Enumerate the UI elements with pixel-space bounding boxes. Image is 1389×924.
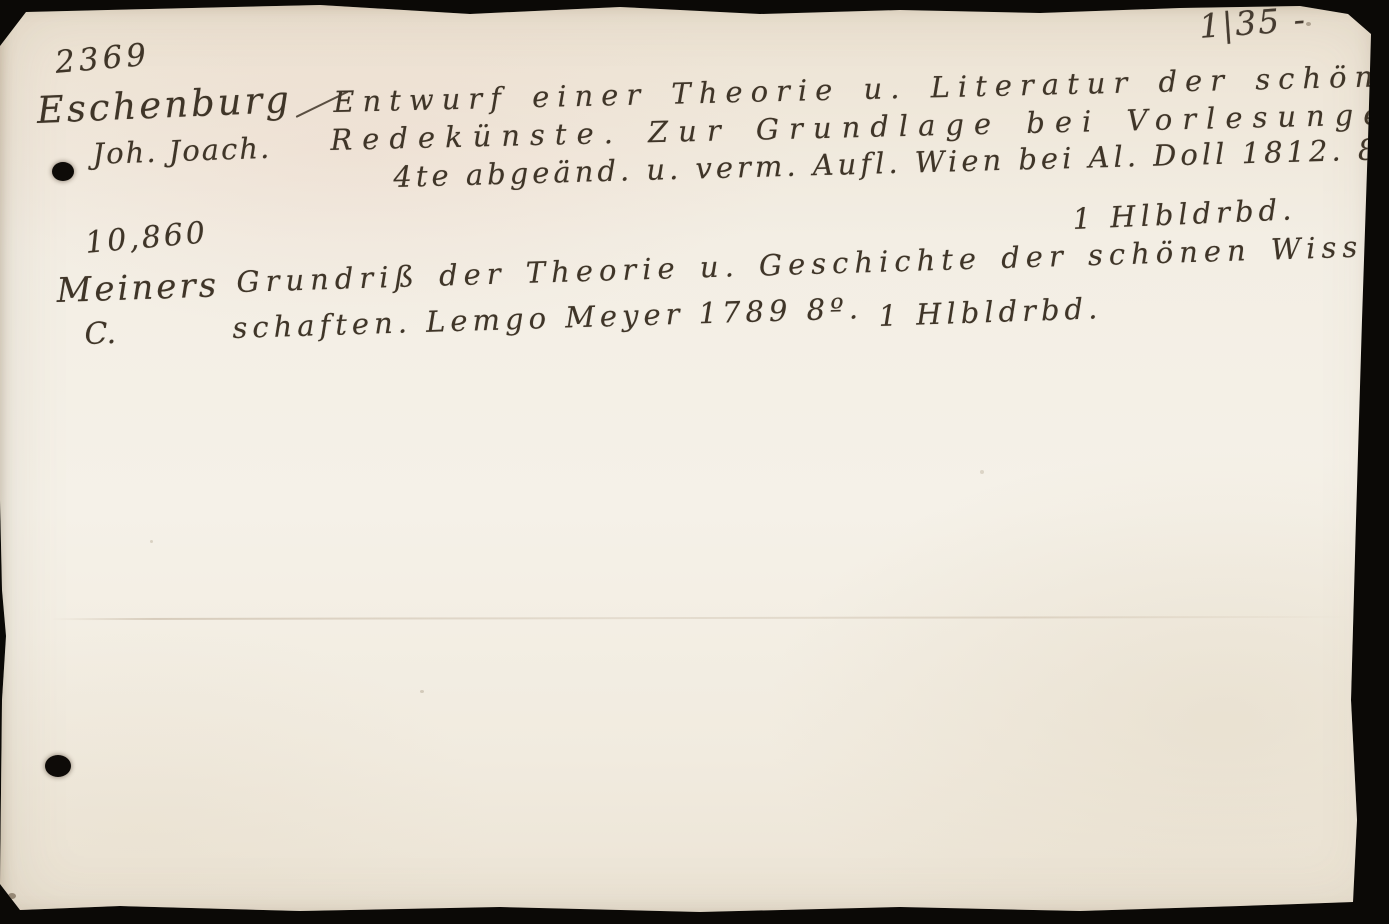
paper-crease [50, 616, 1350, 620]
author-given-names: C. [84, 319, 116, 350]
shelf-mark: 1|35 - [1198, 2, 1308, 42]
author-surname: Eschenburg [36, 81, 293, 129]
binding-note: 1 Hlbldrbd. [1072, 195, 1297, 234]
paper-speck [420, 690, 424, 693]
entry-number: 10,860 [84, 218, 209, 259]
paper-speck [8, 893, 16, 899]
paper-speck [1306, 22, 1311, 26]
author-given-names: Joh. Joach. [92, 134, 272, 169]
binding-note: 1 Hlbldrbd. [878, 294, 1103, 331]
title-line: Grundriß der Theorie u. Geschichte der s… [236, 231, 1389, 297]
catalog-card: 1|35 - 2369 Eschenburg Joh. Joach. Entwu… [0, 0, 1389, 924]
paper-speck [980, 470, 984, 474]
paper-speck [150, 540, 153, 543]
scanned-photo: 1|35 - 2369 Eschenburg Joh. Joach. Entwu… [0, 0, 1389, 924]
punch-hole [45, 755, 71, 777]
punch-hole [52, 162, 74, 181]
author-surname: Meiners [56, 268, 220, 308]
title-line: schaften. Lemgo Meyer 1789 8º. [232, 294, 863, 343]
entry-number: 2369 [54, 40, 151, 79]
